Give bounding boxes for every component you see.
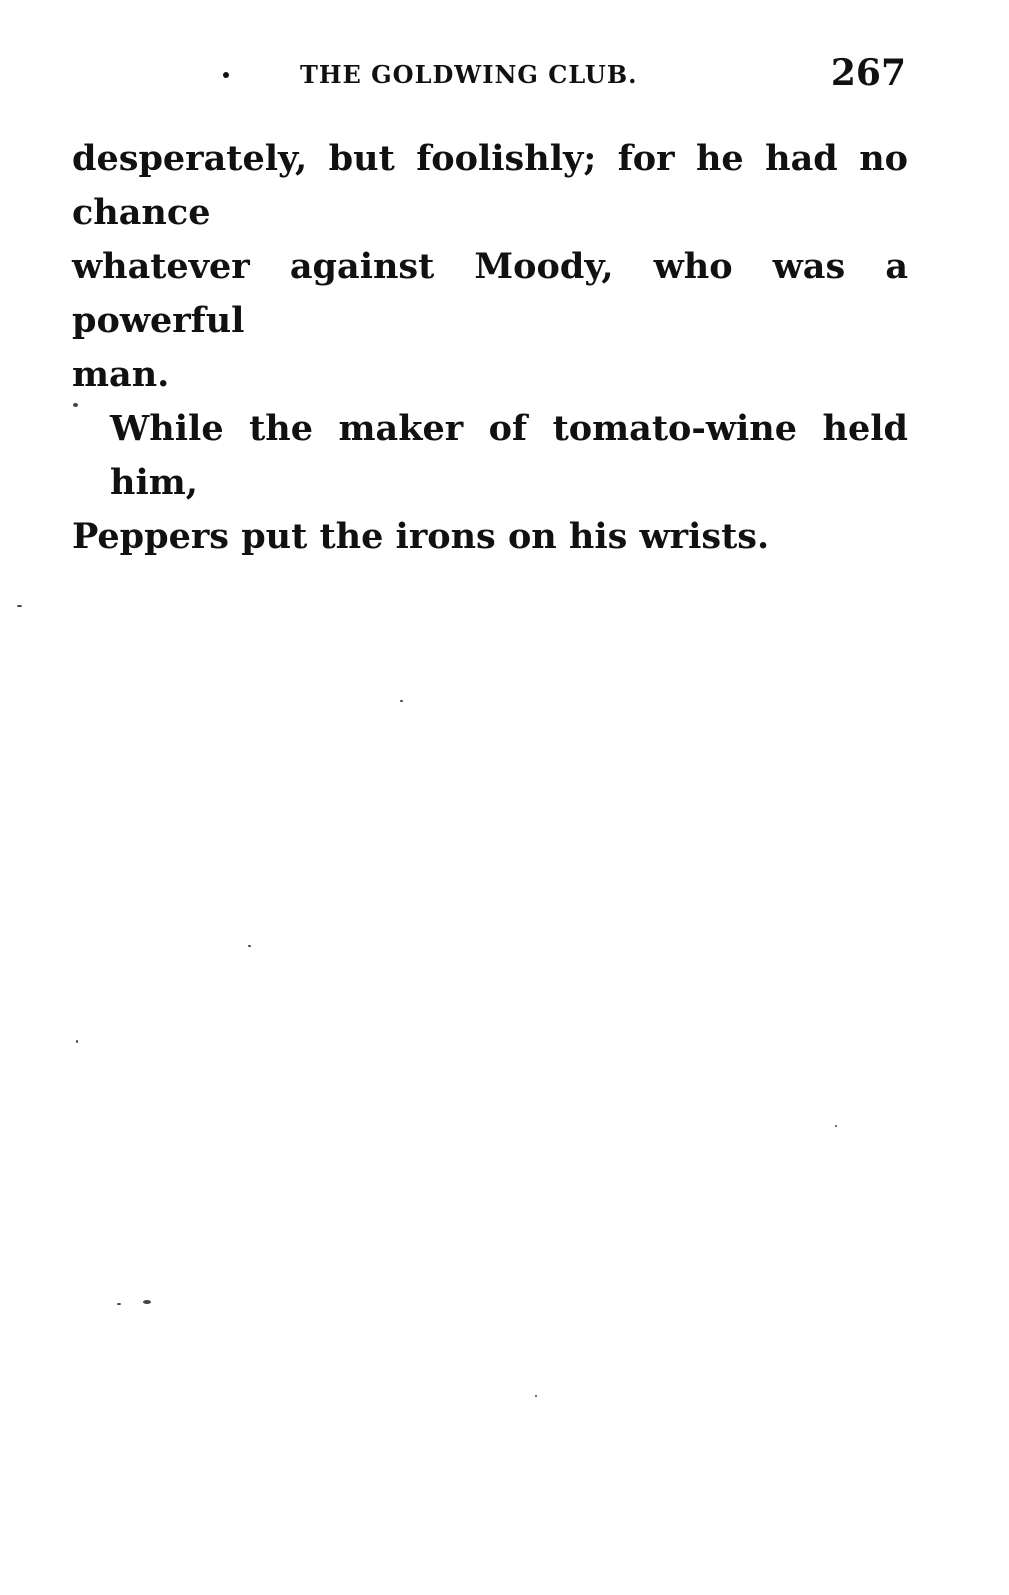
- body-text: desperately, but foolishly; for he had n…: [72, 132, 908, 564]
- scan-speck: [17, 605, 22, 607]
- running-title: THE GOLDWING CLUB.: [300, 60, 637, 89]
- book-page: THE GOLDWING CLUB. 267 desperately, but …: [0, 0, 1009, 1595]
- text-line: While the maker of tomato-wine held him,: [72, 402, 908, 510]
- paragraph-1: desperately, but foolishly; for he had n…: [72, 132, 908, 402]
- text-line: desperately, but foolishly; for he had n…: [72, 132, 908, 240]
- scan-speck: [535, 1395, 537, 1397]
- page-number: 267: [831, 52, 906, 94]
- scan-speck: [73, 403, 78, 407]
- header-bullet-mark: [223, 72, 229, 78]
- paragraph-2: While the maker of tomato-wine held him,…: [72, 402, 908, 564]
- scan-speck: [117, 1303, 121, 1305]
- scan-speck: [248, 945, 251, 947]
- scan-speck: [133, 545, 136, 547]
- scan-speck: [400, 700, 403, 702]
- scan-speck: [143, 1300, 151, 1304]
- text-line: whatever against Moody, who was a powerf…: [72, 240, 908, 348]
- text-line: man.: [72, 348, 908, 402]
- scan-speck: [76, 1040, 78, 1043]
- scan-speck: [835, 1125, 837, 1127]
- running-header: THE GOLDWING CLUB. 267: [68, 56, 908, 96]
- text-line: Peppers put the irons on his wrists.: [72, 510, 908, 564]
